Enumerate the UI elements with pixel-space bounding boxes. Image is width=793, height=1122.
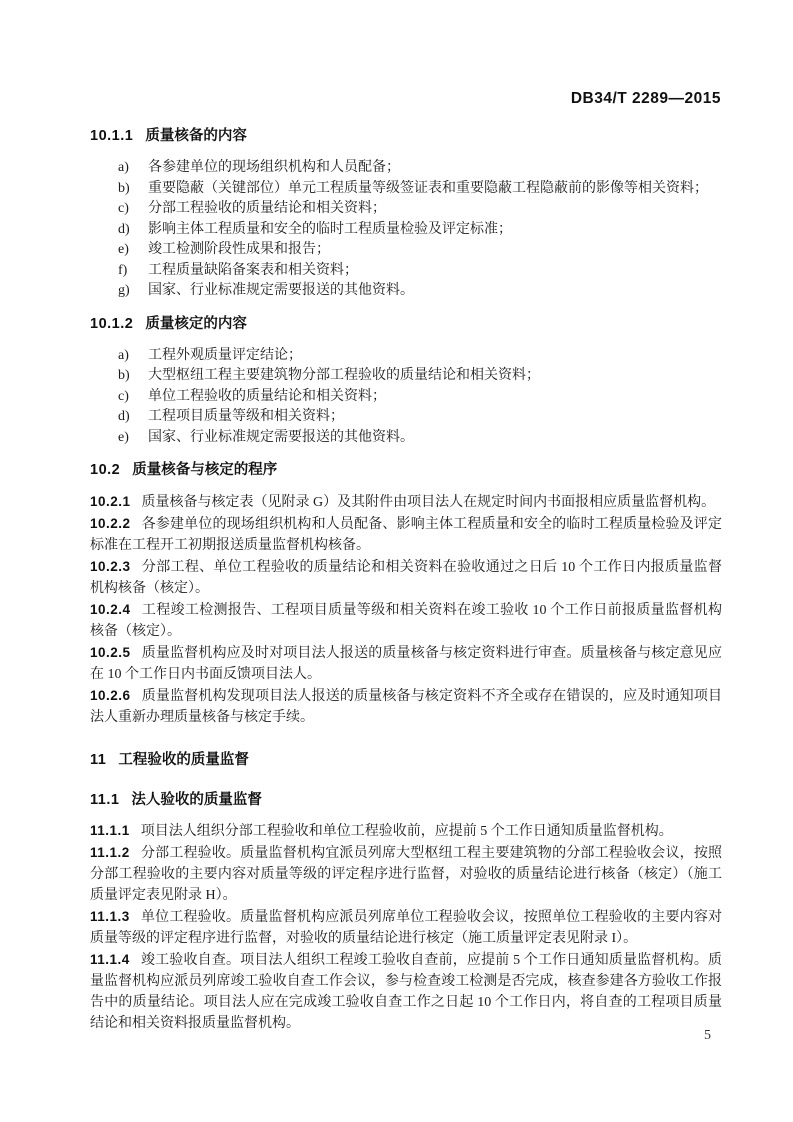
paragraph-text: 分部工程、单位工程验收的质量结论和相关资料在验收通过之日后 10 个工作日内报质… [90,560,722,596]
heading-number: 10.1.1 [90,128,133,144]
list-item-text: 分部工程验收的质量结论和相关资料； [148,199,722,220]
paragraph-number: 11.1.4 [90,952,130,967]
heading-number: 10.1.2 [90,316,133,332]
heading-10-1-2: 10.1.2质量核定的内容 [90,314,722,335]
paragraph-text: 竣工验收自查。项目法人组织工程竣工验收自查前，应提前 5 个工作日通知质量监督机… [90,953,722,1031]
list-item: b) 大型枢纽工程主要建筑物分部工程验收的质量结论和相关资料； [90,366,722,387]
list-item: c) 单位工程验收的质量结论和相关资料； [90,387,722,408]
page-content: 10.1.1质量核备的内容 a) 各参建单位的现场组织机构和人员配备； b) 重… [90,120,722,1034]
paragraph-10-2-5: 10.2.5质量监督机构应及时对项目法人报送的质量核备与核定资料进行审查。质量核… [90,642,722,685]
paragraph-10-2-4: 10.2.4工程竣工检测报告、工程项目质量等级和相关资料在竣工验收 10 个工作… [90,599,722,642]
heading-title: 质量核备与核定的程序 [132,462,277,478]
paragraph-number: 10.2.5 [90,645,131,660]
list-item-label: f) [118,261,148,282]
paragraph-text: 质量核备与核定表（见附录 G）及其附件由项目法人在规定时间内书面报相应质量监督机… [142,495,716,510]
list-item-label: a) [118,346,148,367]
paragraph-text: 质量监督机构应及时对项目法人报送的质量核备与核定资料进行审查。质量核备与核定意见… [90,646,722,682]
paragraph-text: 工程竣工检测报告、工程项目质量等级和相关资料在竣工验收 10 个工作日前报质量监… [90,603,722,639]
paragraph-number: 11.1.2 [90,845,130,860]
paragraph-11-1-4: 11.1.4竣工验收自查。项目法人组织工程竣工验收自查前，应提前 5 个工作日通… [90,949,722,1034]
list-item-label: c) [118,199,148,220]
list-item-text: 工程外观质量评定结论； [148,346,722,367]
heading-number: 11.1 [90,792,119,808]
heading-11: 11工程验收的质量监督 [90,750,722,771]
list-item: e) 竣工检测阶段性成果和报告； [90,240,722,261]
paragraph-11-1-3: 11.1.3单位工程验收。质量监督机构应派员列席单位工程验收会议，按照单位工程验… [90,906,722,949]
paragraph-number: 10.2.1 [90,494,131,509]
paragraph-10-2-3: 10.2.3分部工程、单位工程验收的质量结论和相关资料在验收通过之日后 10 个… [90,556,722,599]
document-code: DB34/T 2289—2015 [90,90,721,108]
paragraph-text: 分部工程验收。质量监督机构宜派员列席大型枢纽工程主要建筑物的分部工程验收会议，按… [90,846,722,903]
paragraph-number: 10.2.6 [90,688,131,703]
list-item-label: b) [118,179,148,200]
heading-number: 10.2 [90,462,120,478]
list-item-label: b) [118,366,148,387]
heading-title: 质量核定的内容 [145,316,247,332]
list-item-label: c) [118,387,148,408]
paragraph-11-1-2: 11.1.2分部工程验收。质量监督机构宜派员列席大型枢纽工程主要建筑物的分部工程… [90,842,722,906]
list-item-label: g) [118,281,148,302]
list-item-text: 工程质量缺陷备案表和相关资料； [148,261,722,282]
heading-title: 质量核备的内容 [145,128,247,144]
paragraph-number: 10.2.3 [90,559,131,574]
list-10-1-2: a) 工程外观质量评定结论； b) 大型枢纽工程主要建筑物分部工程验收的质量结论… [90,346,722,449]
list-item: a) 各参建单位的现场组织机构和人员配备； [90,158,722,179]
list-item-text: 各参建单位的现场组织机构和人员配备； [148,158,722,179]
heading-number: 11 [90,752,106,768]
paragraph-text: 质量监督机构发现项目法人报送的质量核备与核定资料不齐全或存在错误的，应及时通知项… [90,689,722,725]
list-item-text: 大型枢纽工程主要建筑物分部工程验收的质量结论和相关资料； [148,366,722,387]
paragraph-text: 各参建单位的现场组织机构和人员配备、影响主体工程质量和安全的临时工程质量检验及评… [90,517,722,553]
paragraph-number: 10.2.2 [90,516,131,531]
list-item: d) 影响主体工程质量和安全的临时工程质量检验及评定标准； [90,220,722,241]
list-item: f) 工程质量缺陷备案表和相关资料； [90,261,722,282]
paragraphs-10-2: 10.2.1质量核备与核定表（见附录 G）及其附件由项目法人在规定时间内书面报相… [90,491,722,728]
paragraph-10-2-1: 10.2.1质量核备与核定表（见附录 G）及其附件由项目法人在规定时间内书面报相… [90,491,722,513]
list-item-label: d) [118,407,148,428]
paragraph-text: 单位工程验收。质量监督机构应派员列席单位工程验收会议，按照单位工程验收的主要内容… [90,910,722,946]
list-item-text: 国家、行业标准规定需要报送的其他资料。 [148,428,722,449]
paragraph-number: 11.1.1 [90,823,130,838]
list-item-text: 竣工检测阶段性成果和报告； [148,240,722,261]
paragraph-number: 11.1.3 [90,909,130,924]
list-item-text: 国家、行业标准规定需要报送的其他资料。 [148,281,722,302]
paragraphs-11-1: 11.1.1项目法人组织分部工程验收和单位工程验收前，应提前 5 个工作日通知质… [90,820,722,1034]
paragraph-10-2-2: 10.2.2各参建单位的现场组织机构和人员配备、影响主体工程质量和安全的临时工程… [90,513,722,556]
list-item-label: d) [118,220,148,241]
paragraph-11-1-1: 11.1.1项目法人组织分部工程验收和单位工程验收前，应提前 5 个工作日通知质… [90,820,722,842]
paragraph-number: 10.2.4 [90,602,131,617]
heading-title: 工程验收的质量监督 [118,752,249,768]
page-number: 5 [704,1028,711,1044]
list-item: c) 分部工程验收的质量结论和相关资料； [90,199,722,220]
heading-title: 法人验收的质量监督 [131,792,262,808]
paragraph-10-2-6: 10.2.6质量监督机构发现项目法人报送的质量核备与核定资料不齐全或存在错误的，… [90,685,722,728]
heading-11-1: 11.1法人验收的质量监督 [90,790,722,811]
list-item: g) 国家、行业标准规定需要报送的其他资料。 [90,281,722,302]
list-10-1-1: a) 各参建单位的现场组织机构和人员配备； b) 重要隐蔽（关键部位）单元工程质… [90,158,722,302]
list-item: a) 工程外观质量评定结论； [90,346,722,367]
list-item: d) 工程项目质量等级和相关资料； [90,407,722,428]
list-item-text: 影响主体工程质量和安全的临时工程质量检验及评定标准； [148,220,722,241]
list-item: e) 国家、行业标准规定需要报送的其他资料。 [90,428,722,449]
list-item: b) 重要隐蔽（关键部位）单元工程质量等级签证表和重要隐蔽工程隐蔽前的影像等相关… [90,179,722,200]
list-item-label: e) [118,240,148,261]
paragraph-text: 项目法人组织分部工程验收和单位工程验收前，应提前 5 个工作日通知质量监督机构。 [141,824,673,839]
document-page: DB34/T 2289—2015 10.1.1质量核备的内容 a) 各参建单位的… [0,0,793,1122]
list-item-text: 重要隐蔽（关键部位）单元工程质量等级签证表和重要隐蔽工程隐蔽前的影像等相关资料； [148,179,722,200]
list-item-text: 单位工程验收的质量结论和相关资料； [148,387,722,408]
list-item-label: a) [118,158,148,179]
list-item-label: e) [118,428,148,449]
heading-10-1-1: 10.1.1质量核备的内容 [90,126,722,147]
list-item-text: 工程项目质量等级和相关资料； [148,407,722,428]
heading-10-2: 10.2质量核备与核定的程序 [90,460,722,481]
